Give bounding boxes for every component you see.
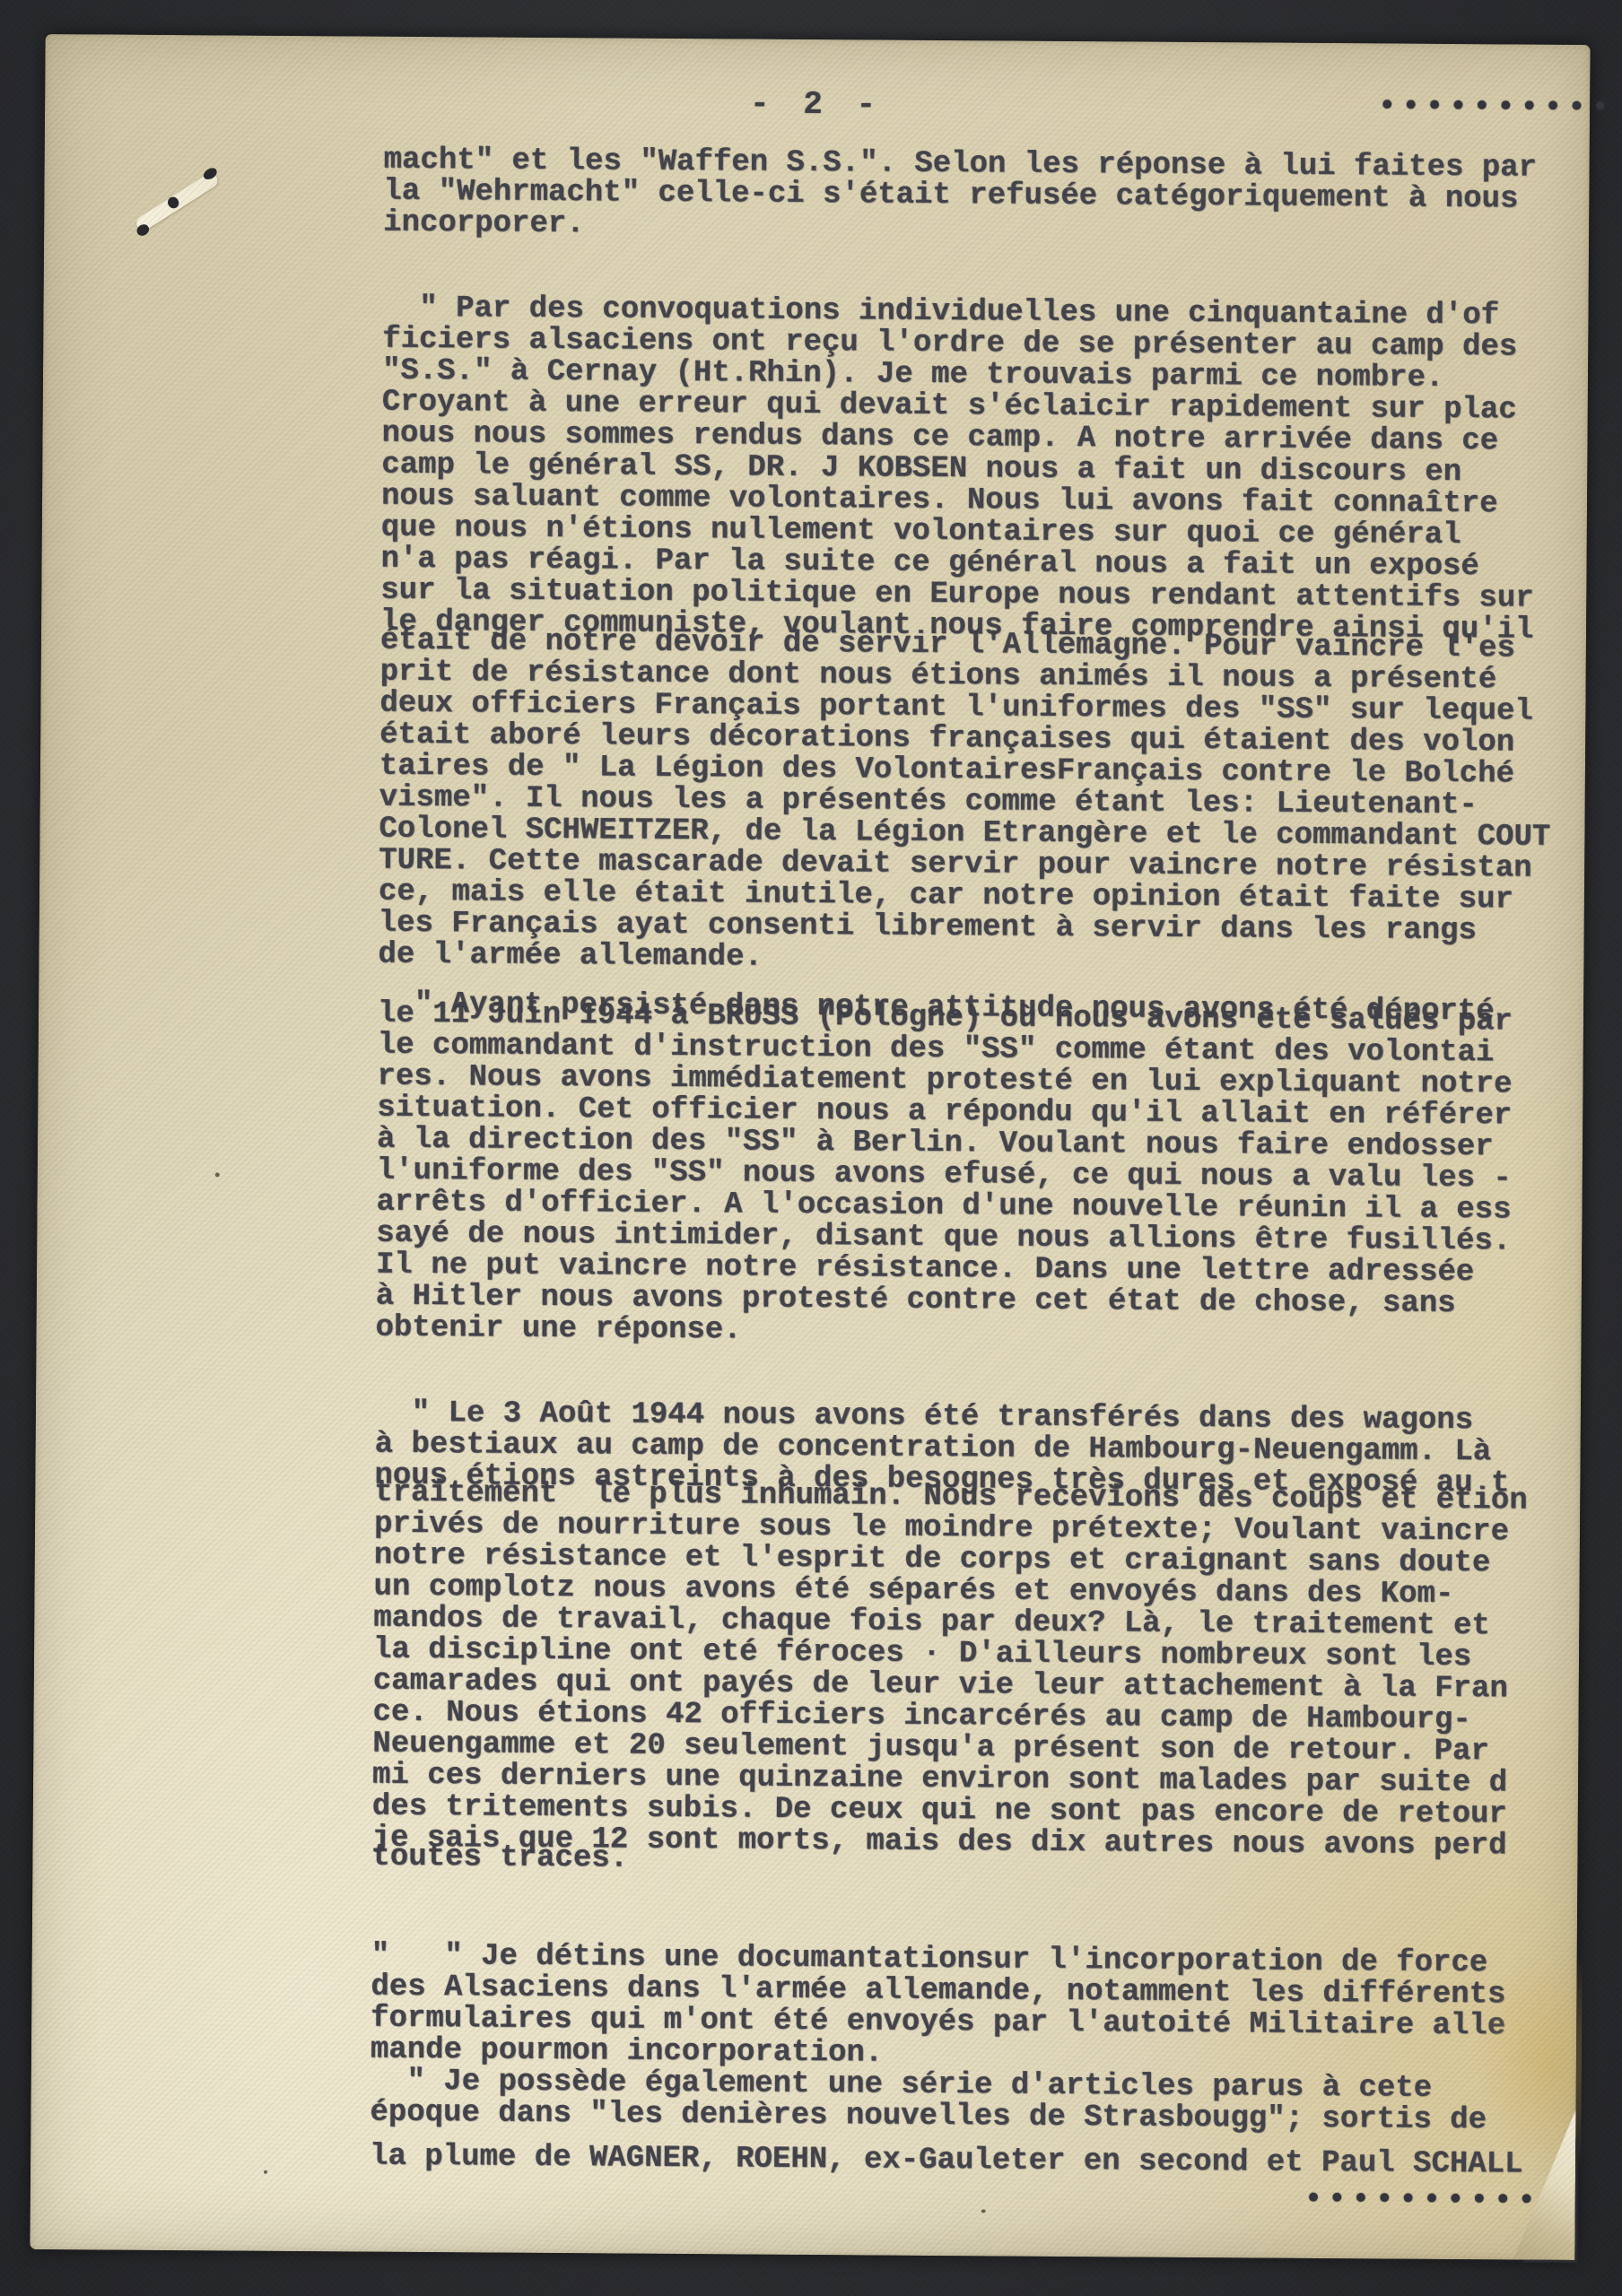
text-line: taires de " La Légion des VolontairesFra… (379, 752, 1583, 791)
text-line: un complotz nous avons été séparés et en… (373, 1572, 1577, 1612)
text-line: nous nous sommes rendus dans ce camp. A … (381, 419, 1585, 458)
ink-speck (202, 166, 219, 182)
paper-speck (215, 1172, 220, 1177)
text-line: sur la situation politique en Europe nou… (380, 576, 1584, 615)
text-line: à bestiaux au camp de concentration de H… (375, 1430, 1579, 1469)
text-line: " Par des convoquations individuelles un… (382, 293, 1586, 333)
text-line: à la direction des "SS" à Berlin. Voulan… (377, 1125, 1581, 1164)
ink-speck (166, 195, 181, 210)
text-line: sayé de nous intimider, disant que nous … (376, 1219, 1580, 1258)
text-line: le danger communiste, voulant nous faire… (380, 607, 1584, 647)
text-line: "S.S." à Cernay (Ht.Rhin). Je me trouvai… (382, 356, 1586, 396)
text-line: incorporer. (383, 208, 1587, 248)
text-line: Croyant à une erreur qui devait s'éclaic… (382, 387, 1586, 427)
text-line: traitement le plus inhumain. Nous recevi… (374, 1478, 1578, 1518)
text-line: Colonel SCHWEITZER, de la Légion Etrangè… (379, 814, 1583, 854)
scan-background: - 2 - •••••••••• macht" et les "Waffen S… (0, 0, 1622, 2296)
text-line: l'uniforme des "SS" nous avons efusé, ce… (377, 1156, 1581, 1196)
text-line: des tritements subis. De ceux qui ne son… (372, 1792, 1576, 1831)
text-line: toutes traces. (371, 1842, 1575, 1882)
text-line: était de notre devoir de servir l'Allema… (380, 626, 1584, 665)
paragraph: " Par des convoquations individuelles un… (378, 293, 1586, 979)
text-line: camp le général SS, DR. J KOBSEN nous a … (381, 450, 1585, 490)
text-line: obtenir une réponse. (375, 1313, 1579, 1352)
text-line: époque dans "les denières nouvelles de S… (370, 2098, 1574, 2137)
paragraph: " Ayant persisté dans notre attitude nou… (375, 989, 1582, 1352)
text-body: macht" et les "Waffen S.S.". Selon les r… (370, 145, 1588, 2181)
text-line: macht" et les "Waffen S.S.". Selon les r… (384, 145, 1588, 185)
text-line: " " Je détins une documantationsur l'inc… (371, 1941, 1575, 1980)
text-line: à Hitler nous avons protesté contre cet … (376, 1282, 1580, 1321)
text-line: ce. Nous étions 42 officiers incarcérés … (372, 1698, 1576, 1737)
paragraph: macht" et les "Waffen S.S.". Selon les r… (383, 145, 1588, 248)
text-line: notre résistance et l'esprit de corps et… (374, 1541, 1578, 1580)
text-line: nous saluant comme volontaires. Nous lui… (381, 482, 1585, 521)
text-line: je sais que 12 sont morts, mais des dix … (371, 1823, 1575, 1863)
footer-dots: •••••••••• (1304, 2183, 1541, 2219)
text-line: ficiers alsaciens ont reçu l'ordre de se… (382, 325, 1586, 364)
text-line: mande pourmon incorporation. (371, 2035, 1574, 2074)
text-line: nous étions astreints à des besognes trè… (374, 1461, 1578, 1500)
text-line: situation. Cet officier nous a répondu q… (377, 1093, 1581, 1133)
text-line: les Français ayat consenti librement à s… (379, 909, 1583, 948)
text-line: ce, mais elle était inutile, car notre o… (379, 877, 1583, 917)
scratch-mark (134, 170, 220, 233)
text-line: " Le 3 Août 1944 nous avons été transfér… (375, 1398, 1579, 1438)
text-line: était aboré leurs décorations françaises… (379, 720, 1583, 760)
text-line: de l'armée allemande. (378, 940, 1582, 979)
text-line: n'a pas réagi. Par la suite ce général n… (380, 544, 1584, 584)
text-line: TURE. Cette mascarade devait servir pour… (379, 846, 1583, 885)
text-line: la "Wehrmacht" celle-ci s'était refusée … (383, 177, 1587, 216)
paragraph: " Le 3 Août 1944 nous avons été transfér… (371, 1398, 1579, 1882)
corner-cut-bottom-right (1520, 2128, 1578, 2263)
text-line: visme". Il nous les a présentés comme ét… (379, 783, 1583, 822)
text-line: " Ayant persisté dans notre attitude nou… (378, 989, 1582, 1029)
text-line: la plume de WAGNER, ROEHN, ex-Gauleter e… (370, 2142, 1574, 2181)
text-line: des Alsaciens dans l'armée allemande, no… (371, 1972, 1574, 2012)
text-line: le commandant d'instruction des "SS" com… (378, 1031, 1582, 1070)
text-line: prit de résistance dont nous étions anim… (380, 657, 1584, 697)
text-line: formulaires qui m'ont été envoyés par l'… (371, 2004, 1574, 2043)
text-line: mandos de travail, chaque fois par deux?… (373, 1604, 1577, 1643)
paragraph: " " Je détins une documantationsur l'inc… (370, 1941, 1575, 2181)
paper-speck (264, 2170, 267, 2174)
header-dots: •••••••••• (1378, 90, 1615, 126)
paper-speck (981, 2209, 986, 2213)
text-line: camarades qui ont payés de leur vie leur… (373, 1666, 1577, 1706)
text-line: Il ne put vaincre notre résistance. Dans… (376, 1250, 1580, 1290)
paper-page: - 2 - •••••••••• macht" et les "Waffen S… (30, 34, 1590, 2260)
text-line: " Je possède également une série d'artic… (371, 2066, 1574, 2106)
text-line: privés de nourriture sous le moindre pré… (374, 1509, 1578, 1549)
text-line: la discipline ont eté féroces · D'ailleu… (373, 1635, 1577, 1674)
text-line: mi ces derniers une quinzaine environ so… (372, 1761, 1576, 1800)
text-line: Neuengamme et 20 seulement jusqu'a prése… (372, 1729, 1576, 1769)
text-line: que nous n'étions nullement volontaires … (381, 513, 1585, 552)
text-line: deux officiers Français portant l'unifor… (379, 689, 1583, 728)
corner-fold-bottom-right (1504, 2109, 1575, 2260)
text-line: arrêts d'officier. A l'occasion d'une no… (376, 1187, 1580, 1227)
text-line: le 11 Juin 1944 à BRUSS (Pologne) où nou… (378, 999, 1582, 1039)
page-number: - 2 - (745, 85, 888, 123)
paper-stain (1473, 1945, 1583, 2179)
ink-speck (135, 222, 151, 239)
text-line: res. Nous avons immédiatement protesté e… (377, 1062, 1581, 1101)
